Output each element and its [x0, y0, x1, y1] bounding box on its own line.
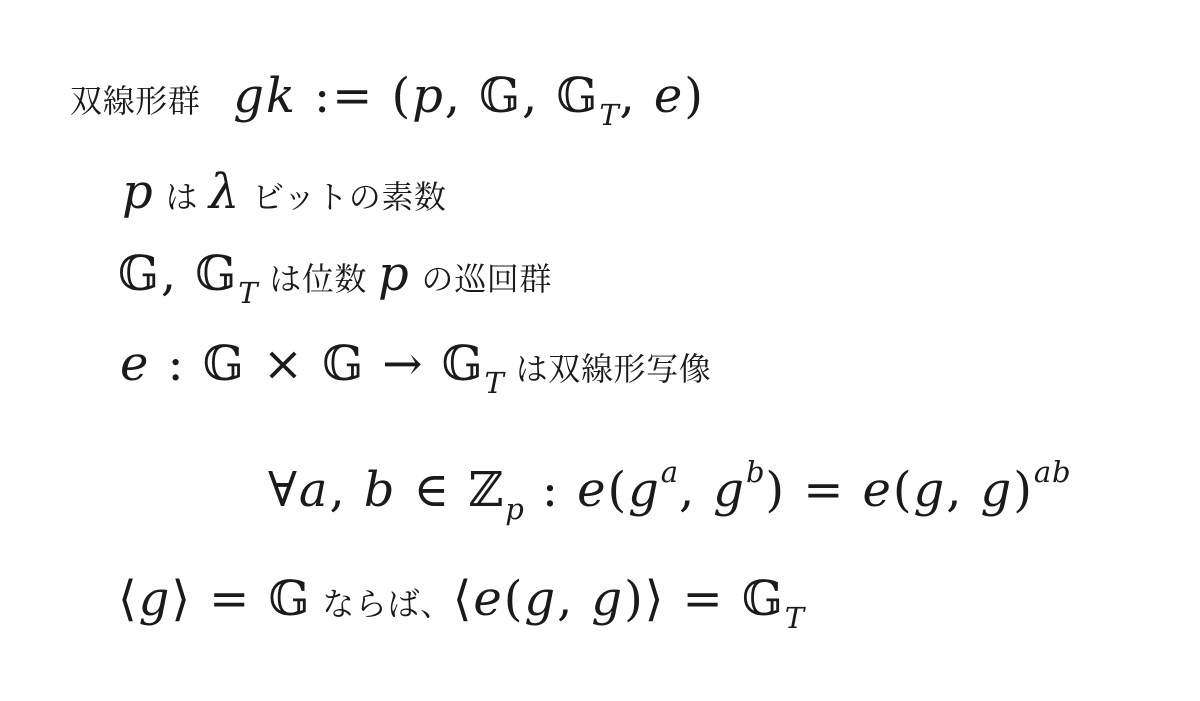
japanese-text: ならば、 [311, 585, 452, 623]
math-symbol: ( [893, 462, 914, 518]
math-variable: p [412, 68, 445, 124]
math-variable: g [713, 462, 746, 518]
blackboard-bold-symbol: 𝔾 [118, 246, 161, 302]
math-superscript: b [746, 455, 765, 489]
math-subscript: p [505, 492, 524, 526]
math-variable: e [577, 462, 607, 518]
math-symbol: ∈ [396, 462, 468, 518]
math-symbol: ) [684, 68, 705, 124]
math-subscript: T [785, 601, 805, 635]
blackboard-bold-symbol: 𝔾 [556, 68, 599, 124]
math-symbol: ∀ [268, 462, 299, 518]
math-symbol: )⟩ = [624, 571, 742, 627]
math-symbol: , [161, 246, 195, 302]
math-symbol: ⟨ [453, 571, 474, 627]
japanese-text: は [155, 178, 209, 216]
math-variable: g [981, 462, 1014, 518]
blackboard-bold-symbol: 𝔾 [195, 246, 238, 302]
blackboard-bold-symbol: 𝔾 [322, 336, 365, 392]
math-variable: e [120, 336, 150, 392]
math-variable: e [863, 462, 893, 518]
blackboard-bold-symbol: 𝔾 [479, 68, 522, 124]
prime-bits-line: p は λ ビットの素数 [122, 168, 447, 217]
math-variable: λ [209, 164, 241, 220]
math-variable: g [628, 462, 661, 518]
blackboard-bold-symbol: ℤ [468, 462, 505, 518]
japanese-text: 双線形群 [70, 82, 233, 120]
japanese-text: は位数 [258, 260, 378, 298]
math-variable: p [122, 164, 155, 220]
math-symbol: , [522, 68, 556, 124]
math-notes-page: 双線形群 gk := (p, 𝔾, 𝔾T, e) p は λ ビットの素数 𝔾,… [0, 0, 1200, 701]
math-variable: g [914, 462, 947, 518]
japanese-text: は双線形写像 [505, 350, 712, 388]
math-symbol: : [525, 462, 577, 518]
math-symbol: := ( [297, 68, 412, 124]
math-variable: e [473, 571, 503, 627]
blackboard-bold-symbol: 𝔾 [203, 336, 246, 392]
math-symbol: : [150, 336, 202, 392]
blackboard-bold-symbol: 𝔾 [742, 571, 785, 627]
math-variable: g [139, 571, 172, 627]
bilinear-group-definition-line: 双線形群 gk := (p, 𝔾, 𝔾T, e) [70, 72, 705, 130]
math-variable: g [524, 571, 557, 627]
math-symbol: × [246, 336, 323, 392]
math-symbol: → [365, 336, 442, 392]
math-symbol: , [445, 68, 479, 124]
math-symbol: , [620, 68, 654, 124]
math-variable: g [591, 571, 624, 627]
math-symbol: , [946, 462, 980, 518]
bilinearity-property-formula: ∀a, b ∈ ℤp : e(ga, gb) = e(g, g)ab [268, 458, 1071, 524]
math-symbol: , [329, 462, 363, 518]
math-subscript: T [599, 98, 619, 132]
blackboard-bold-symbol: 𝔾 [268, 571, 311, 627]
math-symbol: , [679, 462, 713, 518]
japanese-text: の巡回群 [411, 260, 552, 298]
math-variable: e [654, 68, 684, 124]
math-variable: p [378, 246, 411, 302]
bilinear-map-line: e : 𝔾 × 𝔾 → 𝔾T は双線形写像 [120, 340, 711, 398]
math-symbol: ) = [765, 462, 862, 518]
math-symbol: ( [504, 571, 525, 627]
math-subscript: T [485, 366, 505, 400]
generator-implication-line: ⟨g⟩ = 𝔾 ならば、⟨e(g, g)⟩ = 𝔾T [118, 575, 805, 633]
math-superscript: a [661, 455, 679, 489]
japanese-text: ビットの素数 [241, 178, 446, 216]
math-symbol: ⟩ = [171, 571, 268, 627]
math-symbol: ( [607, 462, 628, 518]
math-variable: a [299, 462, 330, 518]
math-variable: b [364, 462, 397, 518]
math-subscript: T [238, 276, 258, 310]
math-symbol: , [557, 571, 591, 627]
math-symbol: ⟨ [118, 571, 139, 627]
blackboard-bold-symbol: 𝔾 [442, 336, 485, 392]
math-superscript: ab [1034, 455, 1072, 489]
cyclic-groups-line: 𝔾, 𝔾T は位数 p の巡回群 [118, 250, 552, 308]
math-variable: gk [233, 68, 297, 124]
math-symbol: ) [1013, 462, 1034, 518]
